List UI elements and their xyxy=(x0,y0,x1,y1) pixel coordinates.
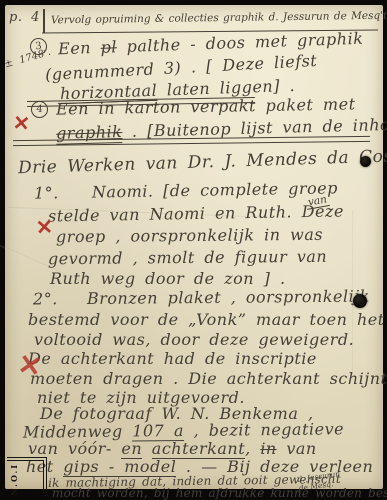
work-2-line-4: De achterkant had de inscriptie xyxy=(28,351,317,367)
stamp-text: N.O.I xyxy=(9,463,19,496)
work-2-line-12: mocht worden, bij hem afdrukke kunne wor… xyxy=(52,487,387,499)
item-3-line-1-text: Een xyxy=(58,38,92,58)
work-2-line-9: van vóór- en achterkant, in van xyxy=(28,441,317,457)
work-2-line-5: moeten dragen . Die achterkant schijnt xyxy=(30,371,387,387)
work-2-line-1-text: Bronzen plaket , oorspronkelijk xyxy=(87,287,370,308)
work-2-marker: 2°. xyxy=(33,289,58,308)
work-2-underlined-achterkant: achterkant xyxy=(152,439,245,459)
work-2-line-2: bestemd voor de „Vonk” maar toen het xyxy=(28,312,385,328)
work-2-line-9-rest: van xyxy=(286,439,316,458)
red-x-mark-1: ✕ xyxy=(12,112,31,134)
work-1-line-4: gevormd , smolt de figuur van xyxy=(48,249,327,267)
work-2-line-8: Middenweg 107 a , bezit negatieve xyxy=(23,421,344,440)
work-1-line-5: Ruth weg door de zon ] . xyxy=(50,271,286,287)
work-1-marker: 1°. xyxy=(34,183,59,202)
work-2-crossed-word: in xyxy=(260,439,276,458)
work-2-line-9-text: van vóór- xyxy=(28,439,112,458)
photograph-background: p. 4 Vervolg opruiming & collecties grap… xyxy=(0,0,387,500)
archive-corner-stamp: N.O.I xyxy=(7,457,47,493)
work-2-line-9-comma: , xyxy=(245,439,251,458)
page-number: p. 4 xyxy=(9,11,40,24)
work-2-underlined-en: en xyxy=(121,439,142,459)
work-1-line-3: groep , oorspronkelijk in was xyxy=(56,227,323,245)
work-2-line-1: 2°. Bronzen plaket , oorspronkelijk xyxy=(33,289,370,308)
header-divider xyxy=(43,9,45,33)
work-2-line-8-rest: , bezit negatieve xyxy=(193,419,344,440)
punch-hole-1 xyxy=(360,156,371,167)
work-2-line-3: voltooid was, door deze geweigerd. xyxy=(34,332,354,348)
item-3-crossed-word: pl xyxy=(100,37,117,57)
punch-hole-2 xyxy=(353,294,367,308)
red-x-mark-2: ✕ xyxy=(35,216,53,237)
work-1-line-2-rest: Deze xyxy=(301,201,344,221)
